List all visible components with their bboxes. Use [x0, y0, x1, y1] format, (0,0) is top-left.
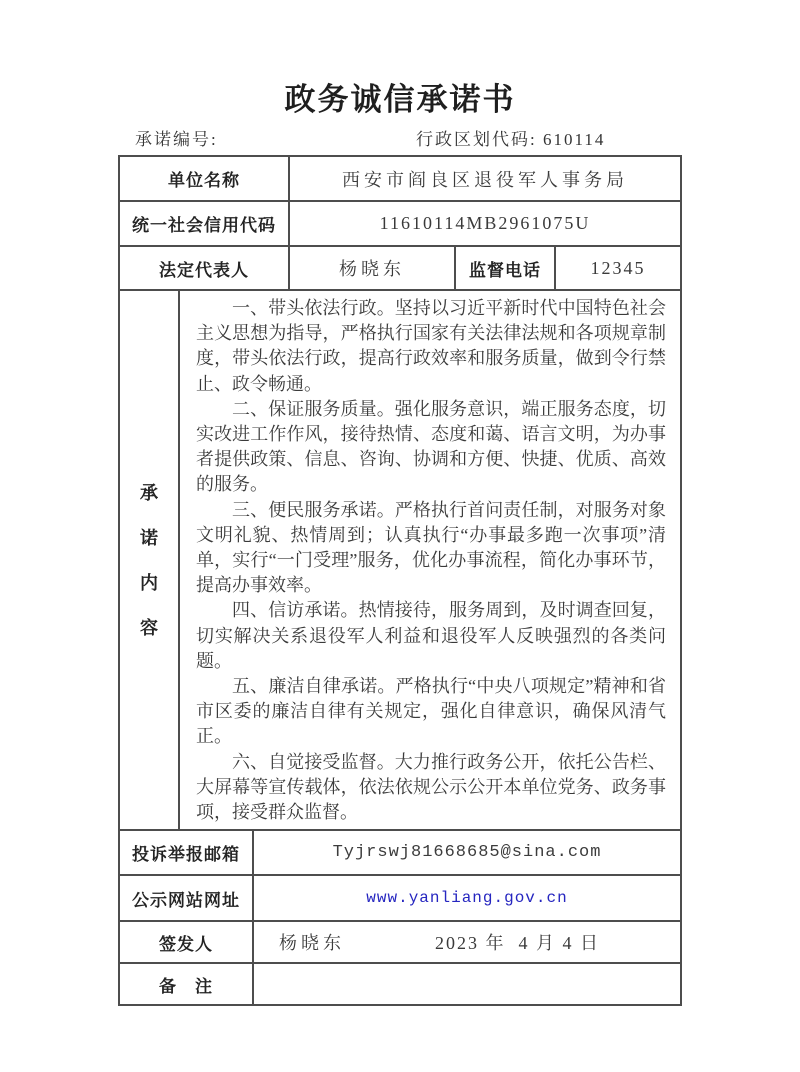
legal-rep-value: 杨晓东	[339, 255, 405, 281]
document-page: 政务诚信承诺书 承诺编号: 行政区划代码: 610114 单位名称 西安市阎良区…	[0, 0, 800, 1072]
remark-label: 备 注	[159, 972, 213, 997]
promise-paragraph-5: 五、廉洁自律承诺。严格执行“中央八项规定”精神和省市区委的廉洁自律有关规定，强化…	[196, 674, 666, 750]
row-promise-content: 承 诺 内 容 一、带头依法行政。坚持以习近平新时代中国特色社会主义思想为指导，…	[120, 291, 680, 831]
row-remark: 备 注	[120, 964, 680, 1004]
website-link[interactable]: www.yanliang.gov.cn	[366, 889, 567, 907]
promise-number-label: 承诺编号:	[135, 125, 218, 150]
promise-paragraph-3: 三、便民服务承诺。严格执行首问责任制，对服务对象文明礼貌、热情周到；认真执行“办…	[196, 498, 666, 599]
complaint-email-label: 投诉举报邮箱	[132, 840, 240, 865]
credit-code-value: 11610114MB2961075U	[380, 213, 591, 234]
promise-paragraph-2: 二、保证服务质量。强化服务意识，端正服务态度，切实改进工作作风，接待热情、态度和…	[196, 397, 666, 498]
row-credit-code: 统一社会信用代码 11610114MB2961075U	[120, 202, 680, 247]
issue-date: 2023 年 4 月 4 日	[435, 929, 600, 955]
credit-code-label: 统一社会信用代码	[132, 211, 276, 236]
complaint-email-value: Tyjrswj81668685@sina.com	[333, 843, 602, 862]
issuer-label: 签发人	[159, 930, 213, 955]
row-issuer: 签发人 杨晓东 2023 年 4 月 4 日	[120, 922, 680, 964]
supervise-phone-label: 监督电话	[469, 256, 541, 281]
admin-division-code: 行政区划代码: 610114	[416, 125, 605, 150]
supervise-phone-value: 12345	[591, 258, 646, 279]
row-complaint-email: 投诉举报邮箱 Tyjrswj81668685@sina.com	[120, 831, 680, 876]
promise-content-label: 承 诺 内 容	[120, 291, 180, 829]
row-unit-name: 单位名称 西安市阎良区退役军人事务局	[120, 157, 680, 202]
row-website: 公示网站网址 www.yanliang.gov.cn	[120, 876, 680, 922]
promise-content-body: 一、带头依法行政。坚持以习近平新时代中国特色社会主义思想为指导，严格执行国家有关…	[180, 291, 680, 829]
meta-line: 承诺编号: 行政区划代码: 610114	[118, 125, 682, 149]
row-legal-representative: 法定代表人 杨晓东 监督电话 12345	[120, 247, 680, 291]
unit-name-value: 西安市阎良区退役军人事务局	[342, 166, 628, 192]
commitment-table: 单位名称 西安市阎良区退役军人事务局 统一社会信用代码 11610114MB29…	[118, 155, 682, 1006]
website-label: 公示网站网址	[132, 886, 240, 911]
legal-rep-label: 法定代表人	[159, 256, 249, 281]
promise-paragraph-4: 四、信访承诺。热情接待，服务周到，及时调查回复，切实解决关系退役军人利益和退役军…	[196, 598, 666, 674]
document-title: 政务诚信承诺书	[0, 74, 800, 119]
issuer-name: 杨晓东	[279, 929, 345, 955]
promise-paragraph-1: 一、带头依法行政。坚持以习近平新时代中国特色社会主义思想为指导，严格执行国家有关…	[196, 296, 666, 397]
unit-name-label: 单位名称	[168, 166, 240, 191]
promise-paragraph-6: 六、自觉接受监督。大力推行政务公开，依托公告栏、大屏幕等宣传载体，依法依规公示公…	[196, 750, 666, 826]
